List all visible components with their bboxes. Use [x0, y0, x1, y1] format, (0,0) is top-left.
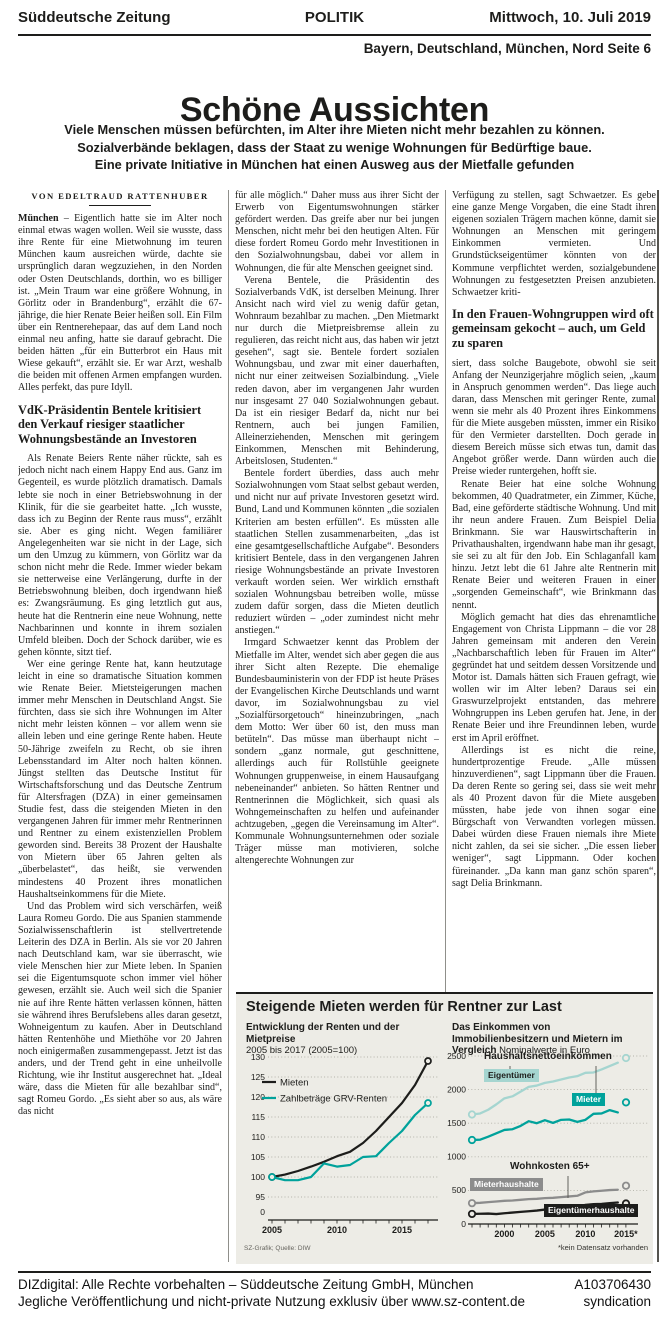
- standfirst: Viele Menschen müssen befürchten, im Alt…: [30, 121, 639, 174]
- syndication-block: A103706430 syndication: [574, 1276, 651, 1310]
- paragraph: Verena Bentele, die Präsidentin des Sozi…: [235, 275, 439, 469]
- byline: VON EDELTRAUD RATTENHUBER: [18, 190, 222, 202]
- syndication-id: A103706430: [574, 1276, 651, 1293]
- column-divider: [228, 190, 229, 1262]
- paragraph-text: – Eigentlich hatte sie im Alter noch ein…: [18, 213, 222, 393]
- svg-text:110: 110: [251, 1132, 265, 1142]
- crosshead: In den Frauen-Wohngruppen wird oft gemei…: [452, 307, 656, 351]
- standfirst-line: Viele Menschen müssen befürchten, im Alt…: [30, 121, 639, 139]
- standfirst-line: Eine private Initiative in München hat e…: [30, 156, 639, 174]
- svg-text:130: 130: [251, 1052, 265, 1062]
- paragraph: Möglich gemacht hat dies das ehrenamtlic…: [452, 612, 656, 745]
- column-2: für alle möglich.“ Daher muss aus ihrer …: [235, 190, 439, 984]
- annotation-wohnkosten-65plus: Wohnkosten 65+: [510, 1161, 590, 1172]
- svg-text:2010: 2010: [327, 1225, 347, 1235]
- svg-text:95: 95: [256, 1192, 266, 1202]
- annotation-haushaltsnettoeinkommen: Haushaltsnettoeinkommen: [484, 1051, 612, 1062]
- copyright-block: DIZdigital: Alle Rechte vorbehalten – Sü…: [18, 1276, 525, 1310]
- svg-text:500: 500: [452, 1185, 466, 1195]
- paragraph: Verfügung zu stellen, sagt Schwaetzer. E…: [452, 190, 656, 299]
- svg-text:SZ-Grafik; Quelle: DIW: SZ-Grafik; Quelle: DIW: [244, 1245, 311, 1252]
- series-label-mieter: Mieter: [572, 1093, 605, 1106]
- svg-text:115: 115: [251, 1112, 265, 1122]
- paragraph: Wer eine geringe Rente hat, kann heutzut…: [18, 659, 222, 901]
- paragraph: Irmgard Schwaetzer kennt das Problem der…: [235, 637, 439, 867]
- paragraph: Renate Beier hat eine solche Wohnung bek…: [452, 479, 656, 612]
- svg-text:1500: 1500: [447, 1118, 466, 1128]
- paragraph: Bentele fordert überdies, dass auch mehr…: [235, 468, 439, 637]
- svg-text:2010: 2010: [575, 1229, 595, 1239]
- svg-text:100: 100: [251, 1172, 265, 1182]
- income-comparison-chart-svg: 050010001500200025002000200520102015**ke…: [446, 1052, 651, 1257]
- svg-text:2500: 2500: [447, 1052, 466, 1061]
- income-comparison-chart: 050010001500200025002000200520102015**ke…: [446, 1052, 651, 1257]
- edition-line: Bayern, Deutschland, München, Nord Seite…: [364, 41, 651, 56]
- series-label-mieterhaushalte: Mieterhaushalte: [470, 1178, 543, 1191]
- svg-text:2005: 2005: [262, 1225, 282, 1235]
- left-chart-subtitle-bold: Entwicklung der Renten und der Mietpreis…: [246, 1022, 399, 1045]
- paragraph: siert, dass solche Baugebote, obwohl sie…: [452, 358, 656, 479]
- svg-text:2005: 2005: [535, 1229, 555, 1239]
- dateline: München: [18, 213, 59, 224]
- svg-text:0: 0: [260, 1207, 265, 1217]
- column-3: Verfügung zu stellen, sagt Schwaetzer. E…: [452, 190, 656, 984]
- newspaper-page: Süddeutsche Zeitung POLITIK Mittwoch, 10…: [0, 0, 669, 1328]
- series-label-eigentuemer: Eigentümer: [484, 1069, 539, 1082]
- copyright-line: DIZdigital: Alle Rechte vorbehalten – Sü…: [18, 1276, 525, 1293]
- paragraph: Allerdings ist es nicht die reine, hunde…: [452, 745, 656, 890]
- crosshead: VdK-Präsidentin Bentele kritisiert den V…: [18, 403, 222, 447]
- svg-text:105: 105: [251, 1152, 265, 1162]
- page-edge-rule: [657, 190, 659, 1262]
- infographic-title: Steigende Mieten werden für Rentner zur …: [246, 999, 562, 1015]
- paragraph: für alle möglich.“ Daher muss aus ihrer …: [235, 190, 439, 275]
- svg-text:Mieten: Mieten: [280, 1077, 309, 1088]
- series-label-eigentuemerhaushalte: Eigentümerhaushalte: [544, 1204, 638, 1217]
- paragraph: München – Eigentlich hatte sie im Alter …: [18, 213, 222, 394]
- rent-index-chart-svg: 951001051101151201251300200520102015Miet…: [242, 1052, 442, 1257]
- svg-text:2015: 2015: [392, 1225, 412, 1235]
- svg-text:2015*: 2015*: [614, 1229, 638, 1239]
- masthead: Süddeutsche Zeitung POLITIK Mittwoch, 10…: [18, 9, 651, 33]
- copyright-line: Jegliche Veröffentlichung und nicht-priv…: [18, 1293, 525, 1310]
- svg-text:125: 125: [251, 1072, 265, 1082]
- byline-rule: [89, 205, 151, 206]
- standfirst-line: Sozialverbände beklagen, dass der Staat …: [30, 139, 639, 157]
- footer-rule: [18, 1271, 651, 1273]
- rent-index-chart: 951001051101151201251300200520102015Miet…: [242, 1052, 442, 1257]
- paragraph: Als Renate Beiers Rente näher rückte, sa…: [18, 453, 222, 659]
- svg-text:1000: 1000: [447, 1152, 466, 1162]
- masthead-rule: [18, 34, 651, 36]
- svg-text:Zahlbeträge GRV-Renten: Zahlbeträge GRV-Renten: [280, 1093, 387, 1104]
- svg-text:*kein Datensatz vorhanden: *kein Datensatz vorhanden: [558, 1243, 648, 1252]
- infographic-box: Steigende Mieten werden für Rentner zur …: [236, 992, 653, 1264]
- column-1: VON EDELTRAUD RATTENHUBER München – Eige…: [18, 190, 222, 1262]
- svg-text:2000: 2000: [494, 1229, 514, 1239]
- svg-text:0: 0: [461, 1219, 466, 1229]
- masthead-date: Mittwoch, 10. Juli 2019: [489, 9, 651, 26]
- svg-text:2000: 2000: [447, 1084, 466, 1094]
- syndication-label: syndication: [574, 1293, 651, 1310]
- footer: DIZdigital: Alle Rechte vorbehalten – Sü…: [18, 1276, 651, 1310]
- paragraph: Und das Problem wird sich verschärfen, w…: [18, 901, 222, 1119]
- svg-text:120: 120: [251, 1092, 265, 1102]
